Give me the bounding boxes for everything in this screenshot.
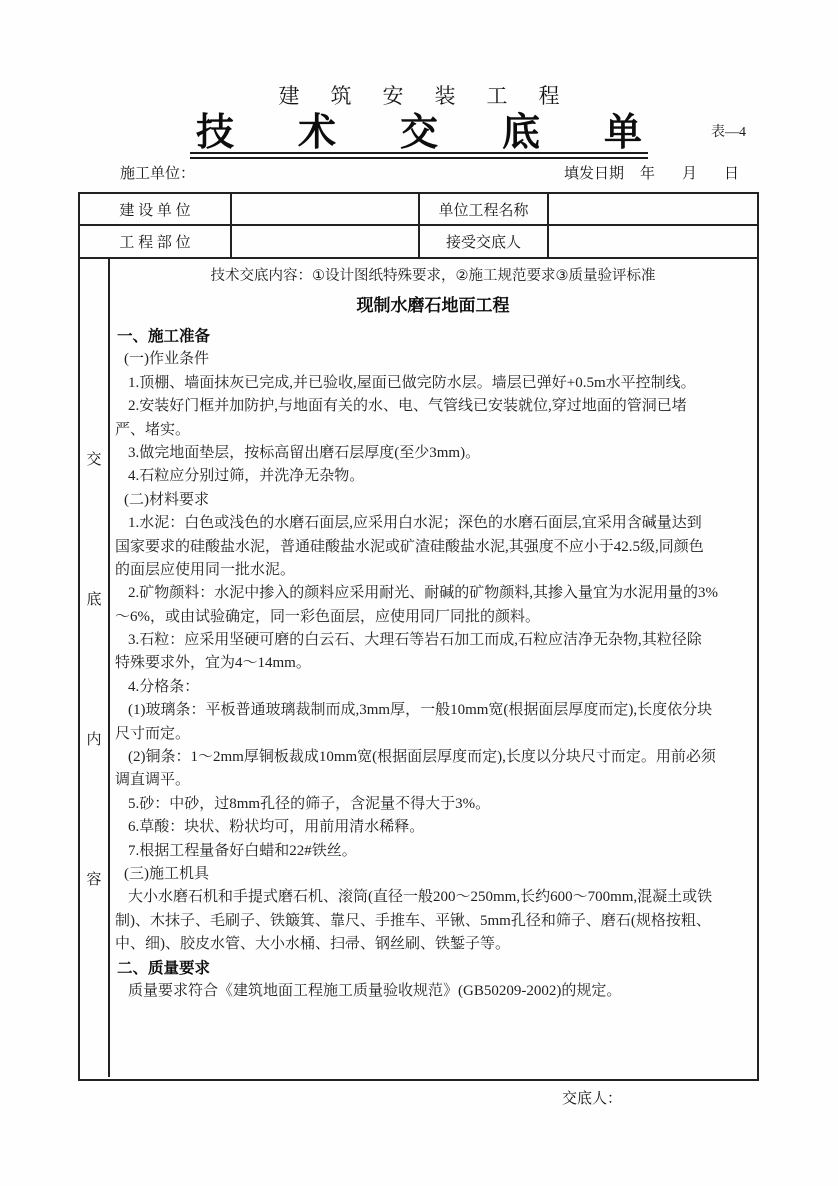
side-label-disclosure-content: 交底内容 (80, 259, 110, 1077)
content-line: 4.石粒应分别过筛，并洗净无杂物。 (115, 465, 751, 488)
disclosure-note: 技术交底内容：①设计图纸特殊要求，②施工规范要求③质量验评标准 (115, 265, 751, 287)
content-line: 1.顶棚、墙面抹灰已完成,并已验收,屋面已做完防水层。墙层已弹好+0.5m水平控… (115, 372, 751, 395)
content-line: 国家要求的硅酸盐水泥，普通硅酸盐水泥或矿渣硅酸盐水泥,其强度不应小于42.5级,… (115, 536, 751, 559)
content-line: 大小水磨石机和手提式磨石机、滚筒(直径一般200～250mm,长约600～700… (115, 886, 751, 909)
content-line: 7.根据工程量备好白蜡和22#铁丝。 (115, 840, 751, 863)
technical-disclosure-form-page: 建筑安装工程 技术交底单 表—4 施工单位： 填发日期 年 月 日 建 设 单 … (0, 0, 838, 1186)
content-line: 调直调平。 (115, 769, 751, 792)
disclosure-content-area: 技术交底内容：①设计图纸特殊要求，②施工规范要求③质量验评标准 现制水磨石地面工… (110, 259, 757, 1077)
content-line: 3.做完地面垫层，按标高留出磨石层厚度(至少3mm)。 (115, 442, 751, 465)
content-line: 5.砂：中砂，过8mm孔径的筛子，含泥量不得大于3%。 (115, 793, 751, 816)
info-table: 建 设 单 位 单位工程名称 工 程 部 位 接受交底人 (80, 194, 757, 259)
form-number: 表—4 (711, 121, 746, 141)
content-line: 尺寸而定。 (115, 723, 751, 746)
content-line: (一)作业条件 (115, 348, 751, 371)
content-line: 3.石粒：应采用坚硬可磨的白云石、大理石等岩石加工而成,石粒应洁净无杂物,其粒径… (115, 629, 751, 652)
content-line: 特殊要求外，宜为4～14mm。 (115, 652, 751, 675)
construction-unit-label: 施工单位： (120, 162, 195, 183)
content-line: (三)施工机具 (115, 863, 751, 886)
disclosure-receiver-value (549, 226, 757, 259)
content-line: 二、质量要求 (115, 957, 751, 980)
content-lines: 一、施工准备(一)作业条件1.顶棚、墙面抹灰已完成,并已验收,屋面已做完防水层。… (115, 325, 751, 1003)
content-line: (1)玻璃条：平板普通玻璃裁制而成,3mm厚，一般10mm宽(根据面层厚度而定)… (115, 699, 751, 722)
fill-date-label: 填发日期 (564, 162, 624, 183)
content-line: 2.安装好门框并加防护,与地面有关的水、电、气管线已安装就位,穿过地面的管洞已堵 (115, 395, 751, 418)
content-line: ～6%，或由试验确定，同一彩色面层，应使用同厂同批的颜料。 (115, 606, 751, 629)
unit-project-name-label: 单位工程名称 (420, 194, 549, 226)
content-line: 严、堵实。 (115, 419, 751, 442)
content-line: 中、细)、胶皮水管、大小水桶、扫帚、钢丝刷、铁錾子等。 (115, 933, 751, 956)
form-table: 建 设 单 位 单位工程名称 工 程 部 位 接受交底人 交底内容 技术交底内容… (78, 192, 759, 1081)
fill-date-blank: 年 月 日 (640, 162, 745, 183)
project-part-value (232, 226, 420, 259)
content-line: 制)、木抹子、毛刷子、铁簸箕、靠尺、手推车、平锹、5mm孔径和筛子、磨石(规格按… (115, 910, 751, 933)
content-line: 质量要求符合《建筑地面工程施工质量验收规范》(GB50209-2002)的规定。 (115, 980, 751, 1003)
title-double-underline (190, 152, 648, 159)
side-label-char: 容 (86, 868, 101, 889)
content-title: 现制水磨石地面工程 (115, 291, 751, 316)
content-line: 一、施工准备 (115, 325, 751, 348)
content-line: 1.水泥：白色或浅色的水磨石面层,应采用白水泥；深色的水磨石面层,宜采用含碱量达… (115, 512, 751, 535)
building-unit-value (232, 194, 420, 226)
disclosure-body-row: 交底内容 技术交底内容：①设计图纸特殊要求，②施工规范要求③质量验评标准 现制水… (80, 259, 757, 1077)
content-line: 4.分格条： (115, 676, 751, 699)
side-label-char: 内 (86, 728, 101, 749)
content-line: (2)铜条：1～2mm厚铜板裁成10mm宽(根据面层厚度而定),长度以分块尺寸而… (115, 746, 751, 769)
disclosure-receiver-label: 接受交底人 (420, 226, 549, 259)
content-line: 2.矿物颜料：水泥中掺入的颜料应采用耐光、耐碱的矿物颜料,其掺入量宜为水泥用量的… (115, 582, 751, 605)
discloser-label: 交底人： (562, 1087, 622, 1108)
content-line: 的面层应使用同一批水泥。 (115, 559, 751, 582)
side-label-char: 交 (86, 448, 101, 469)
unit-project-name-value (549, 194, 757, 226)
side-label-char: 底 (86, 588, 101, 609)
project-part-label: 工 程 部 位 (80, 226, 232, 259)
content-line: (二)材料要求 (115, 489, 751, 512)
content-line: 6.草酸：块状、粉状均可，用前用清水稀释。 (115, 816, 751, 839)
building-unit-label: 建 设 单 位 (80, 194, 232, 226)
